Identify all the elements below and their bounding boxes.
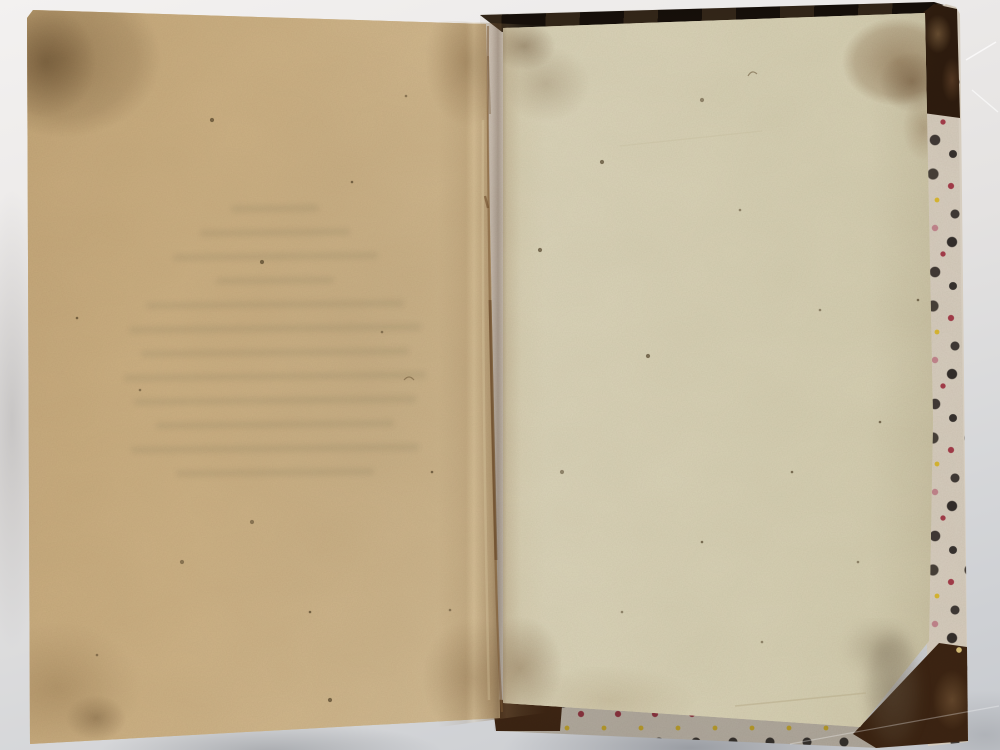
photo-scene	[0, 0, 1000, 750]
